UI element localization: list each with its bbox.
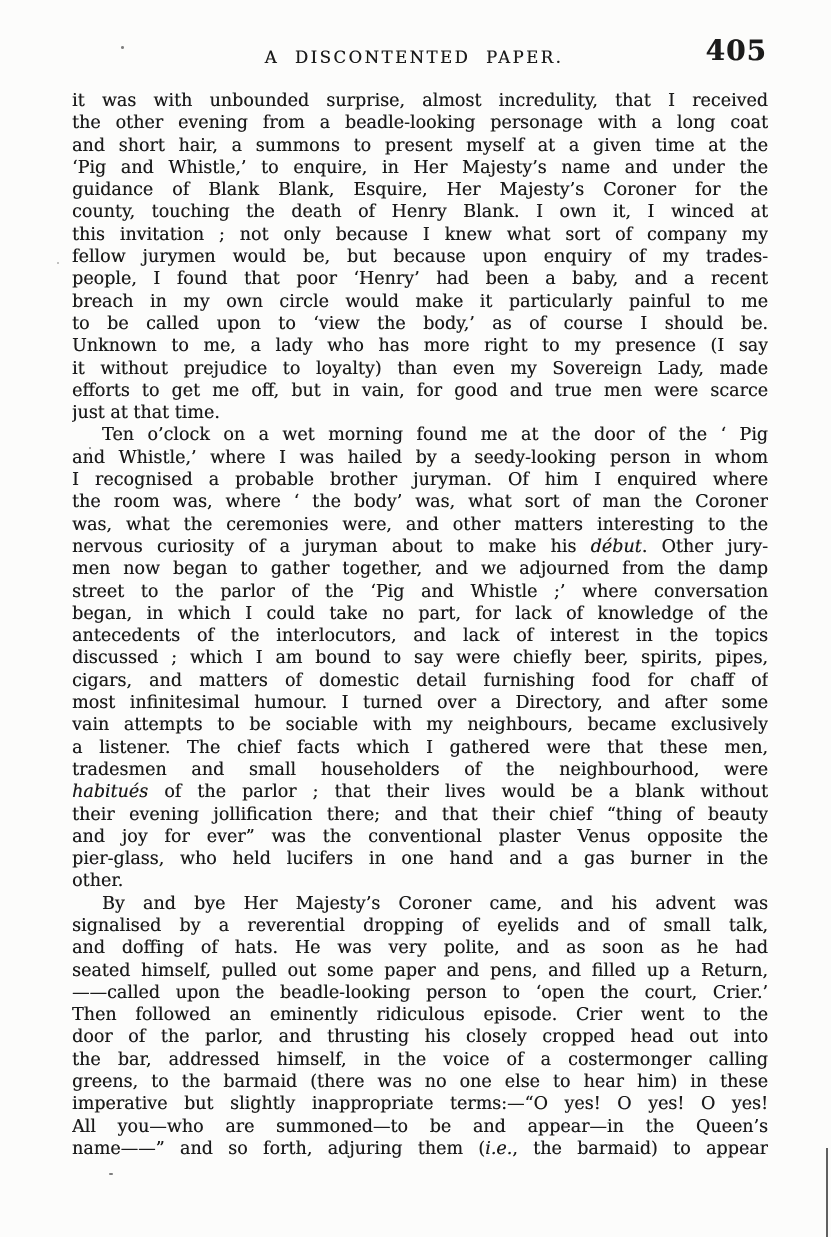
text-line: men now began to gather together, and we… — [72, 558, 768, 580]
text-line: discussed ; which I am bound to say were… — [72, 647, 768, 669]
text-line: cigars, and matters of domestic detail f… — [72, 670, 768, 692]
text-line: seated himself, pulled out some paper an… — [72, 960, 768, 982]
scan-speck — [89, 447, 91, 449]
scan-speck — [57, 262, 59, 264]
text-line: and joy for ever” was the conventional p… — [72, 826, 768, 848]
text-line: ——called upon the beadle-looking person … — [72, 982, 768, 1004]
text-line: this invitation ; not only because I kne… — [72, 224, 768, 246]
text-line: Ten o’clock on a wet morning found me at… — [72, 424, 768, 446]
page-number: 405 — [706, 34, 767, 67]
text-line: signalised by a reverential dropping of … — [72, 915, 768, 937]
text-line: Then followed an eminently ridiculous ep… — [72, 1004, 768, 1026]
text-line: just at that time. — [72, 402, 768, 424]
text-line: breach in my own circle would make it pa… — [72, 291, 768, 313]
text-line: their evening jollification there; and t… — [72, 804, 768, 826]
text-line: vain attempts to be sociable with my nei… — [72, 714, 768, 736]
text-line: imperative but slightly inappropriate te… — [72, 1093, 768, 1115]
text-line: began, in which I could take no part, fo… — [72, 603, 768, 625]
scan-speck — [109, 1173, 113, 1175]
text-line: Unknown to me, a lady who has more right… — [72, 335, 768, 357]
text-line: to be called upon to ‘view the body,’ as… — [72, 313, 768, 335]
text-line: was, what the ceremonies were, and other… — [72, 514, 768, 536]
text-line: and Whistle,’ where I was hailed by a se… — [72, 447, 768, 469]
text-line: pier-glass, who held lucifers in one han… — [72, 848, 768, 870]
text-line: By and bye Her Majesty’s Coroner came, a… — [72, 893, 768, 915]
text-line: fellow jurymen would be, but because upo… — [72, 246, 768, 268]
text-line: a listener. The chief facts which I gath… — [72, 737, 768, 759]
scanned-page: A DISCONTENTED PAPER. 405 it was with un… — [0, 0, 831, 1237]
text-line: tradesmen and small householders of the … — [72, 759, 768, 781]
text-line: the room was, where ‘ the body’ was, wha… — [72, 491, 768, 513]
text-line: and short hair, a summons to present mys… — [72, 135, 768, 157]
text-line: All you—who are summoned—to be and appea… — [72, 1116, 768, 1138]
text-line: other. — [72, 870, 768, 892]
text-line: it was with unbounded surprise, almost i… — [72, 90, 768, 112]
body-text: it was with unbounded surprise, almost i… — [72, 90, 768, 1160]
text-line: county, touching the death of Henry Blan… — [72, 201, 768, 223]
text-line: ‘Pig and Whistle,’ to enquire, in Her Ma… — [72, 157, 768, 179]
text-line: efforts to get me off, but in vain, for … — [72, 380, 768, 402]
text-line: the bar, addressed himself, in the voice… — [72, 1049, 768, 1071]
text-line: antecedents of the interlocutors, and la… — [72, 625, 768, 647]
text-line: habitués of the parlor ; that their live… — [72, 781, 768, 803]
text-line: people, I found that poor ‘Henry’ had be… — [72, 268, 768, 290]
text-line: door of the parlor, and thrusting his cl… — [72, 1026, 768, 1048]
text-line: and doffing of hats. He was very polite,… — [72, 937, 768, 959]
text-line: name——” and so forth, adjuring them (i.e… — [72, 1138, 768, 1160]
text-line: the other evening from a beadle-looking … — [72, 112, 768, 134]
text-line: street to the parlor of the ‘Pig and Whi… — [72, 581, 768, 603]
scan-edge-artifact — [826, 1148, 828, 1237]
text-line: most infinitesimal humour. I turned over… — [72, 692, 768, 714]
scan-speck — [121, 46, 124, 49]
text-line: it without prejudice to loyalty) than ev… — [72, 358, 768, 380]
text-line: nervous curiosity of a juryman about to … — [72, 536, 768, 558]
text-line: I recognised a probable brother juryman.… — [72, 469, 768, 491]
running-title: A DISCONTENTED PAPER. — [72, 48, 756, 67]
text-line: greens, to the barmaid (there was no one… — [72, 1071, 768, 1093]
text-line: guidance of Blank Blank, Esquire, Her Ma… — [72, 179, 768, 201]
